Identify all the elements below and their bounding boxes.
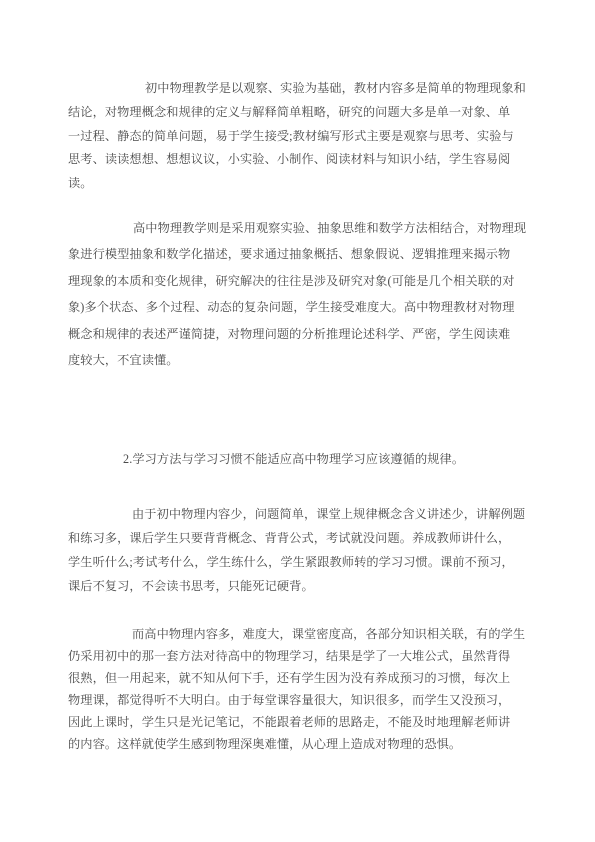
document-page: 初中物理教学是以观察、实验为基础，教材内容多是简单的物理现象和 结论，对物理概念…	[0, 0, 595, 842]
text-line: 度较大，不宜读懂。	[68, 347, 509, 373]
text-line: 因此上课时，学生只是光记笔记，不能跟着老师的思路走，不能及时地理解老师讲	[68, 711, 509, 733]
text-line: 一过程、静态的简单问题，易于学生接受;教材编写形式主要是观察与思考、实验与	[68, 125, 509, 149]
text-line: 和练习多，课后学生只要背背概念、背背公式，考试就没问题。养成教师讲什么，	[68, 526, 509, 550]
paragraph-junior-physics-teaching: 初中物理教学是以观察、实验为基础，教材内容多是简单的物理现象和 结论，对物理概念…	[68, 77, 509, 196]
text-line: 的内容。这样就使学生感到物理深奥难懂，从心理上造成对物理的恐惧。	[68, 733, 509, 755]
text-line: 象进行模型抽象和数学化描述，要求通过抽象概括、想象假说、逻辑推理来揭示物	[68, 241, 509, 267]
text-line: 而高中物理内容多，难度大，课堂密度高，各部分知识相关联，有的学生	[68, 623, 509, 645]
text-line: 概念和规律的表述严谨简捷，对物理问题的分析推理论述科学、严密，学生阅读难	[68, 321, 509, 347]
text-line: 仍采用初中的那一套方法对待高中的物理学习，结果是学了一大堆公式，虽然背得	[68, 645, 509, 667]
text-line: 很熟，但一用起来，就不知从何下手，还有学生因为没有养成预习的习惯，每次上	[68, 667, 509, 689]
text-line: 由于初中物理内容少，问题简单，课堂上规律概念含义讲述少，讲解例题	[68, 502, 509, 526]
paragraph-junior-study-habits: 由于初中物理内容少，问题简单，课堂上规律概念含义讲述少，讲解例题 和练习多，课后…	[68, 502, 509, 598]
text-line: 结论，对物理概念和规律的定义与解释简单粗略，研究的问题大多是单一对象、单	[68, 101, 509, 125]
paragraph-senior-study-difficulty: 而高中物理内容多，难度大，课堂密度高，各部分知识相关联，有的学生 仍采用初中的那…	[68, 623, 509, 755]
text-line: 高中物理教学则是采用观察实验、抽象思维和数学方法相结合，对物理现	[68, 215, 509, 241]
text-line: 课后不复习，不会读书思考，只能死记硬背。	[68, 574, 509, 598]
text-line: 理现象的本质和变化规律，研究解决的往往是涉及研究对象(可能是几个相关联的对	[68, 268, 509, 294]
text-line: 象)多个状态、多个过程、动态的复杂问题，学生接受难度大。高中物理教材对物理	[68, 294, 509, 320]
heading-point-2: 2.学习方法与学习习惯不能适应高中物理学习应该遵循的规律。	[68, 451, 509, 467]
heading-line: 2.学习方法与学习习惯不能适应高中物理学习应该遵循的规律。	[68, 451, 509, 467]
text-line: 思考、读读想想、想想议议，小实验、小制作、阅读材料与知识小结，学生容易阅	[68, 148, 509, 172]
text-line: 读。	[68, 172, 509, 196]
text-line: 物理课，都觉得听不大明白。由于每堂课容量很大，知识很多，而学生又没预习，	[68, 689, 509, 711]
paragraph-senior-physics-teaching: 高中物理教学则是采用观察实验、抽象思维和数学方法相结合，对物理现 象进行模型抽象…	[68, 215, 509, 373]
text-line: 初中物理教学是以观察、实验为基础，教材内容多是简单的物理现象和	[68, 77, 509, 101]
text-line: 学生听什么;考试考什么，学生练什么，学生紧跟教师转的学习习惯。课前不预习，	[68, 550, 509, 574]
